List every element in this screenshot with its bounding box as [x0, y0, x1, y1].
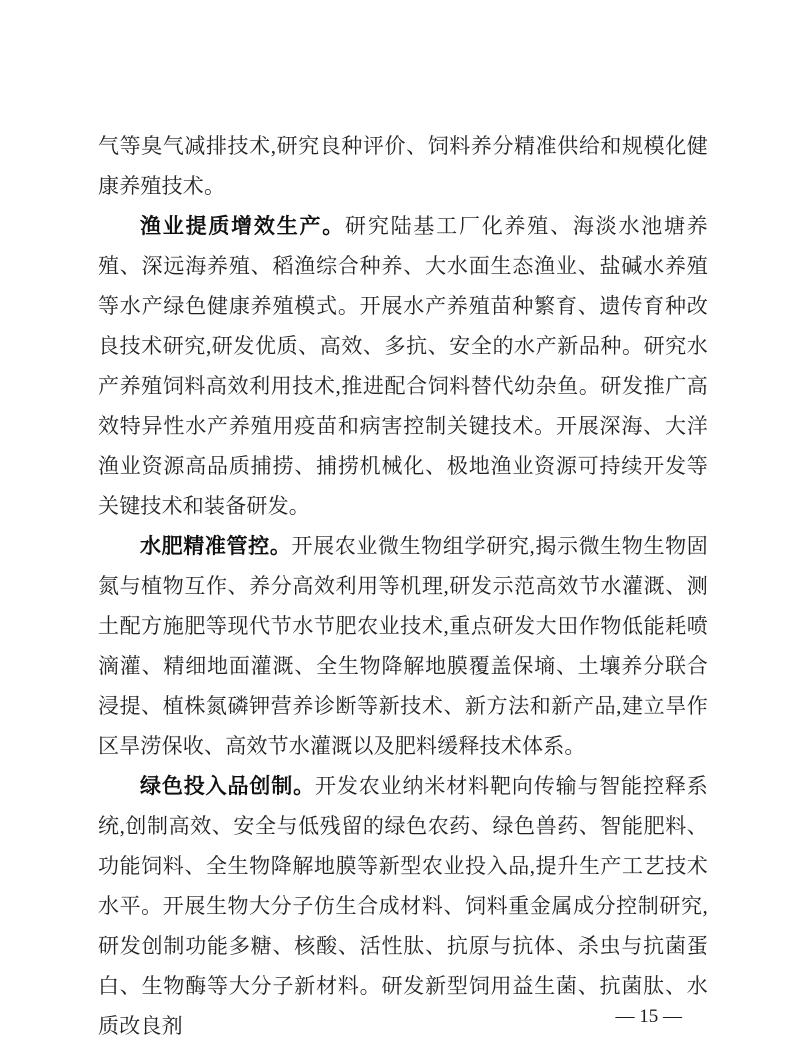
- paragraph-water-fertilizer: 水肥精准管控。开展农业微生物组学研究,揭示微生物生物固氮与植物互作、养分高效利用…: [98, 526, 708, 766]
- page-number: — 15 —: [616, 1006, 683, 1027]
- paragraph-text: 开展农业微生物组学研究,揭示微生物生物固氮与植物互作、养分高效利用等机理,研发示…: [98, 534, 708, 758]
- paragraph-heading: 渔业提质增效生产。: [140, 214, 345, 238]
- paragraph-text: 开发农业纳米材料靶向传输与智能控释系统,创制高效、安全与低残留的绿色农药、绿色兽…: [98, 774, 708, 1038]
- paragraph-fishery: 渔业提质增效生产。研究陆基工厂化养殖、海淡水池塘养殖、深远海养殖、稻渔综合种养、…: [98, 206, 708, 526]
- paragraph-heading: 绿色投入品创制。: [140, 774, 315, 798]
- document-page: 气等臭气减排技术,研究良种评价、饲料养分精准供给和规模化健康养殖技术。 渔业提质…: [0, 0, 794, 1058]
- paragraph-continuation: 气等臭气减排技术,研究良种评价、饲料养分精准供给和规模化健康养殖技术。: [98, 126, 708, 206]
- page-footer: — 15 —: [98, 1002, 708, 1032]
- paragraph-text: 气等臭气减排技术,研究良种评价、饲料养分精准供给和规模化健康养殖技术。: [98, 134, 708, 198]
- paragraph-text: 研究陆基工厂化养殖、海淡水池塘养殖、深远海养殖、稻渔综合种养、大水面生态渔业、盐…: [98, 214, 708, 518]
- document-body: 气等臭气减排技术,研究良种评价、饲料养分精准供给和规模化健康养殖技术。 渔业提质…: [98, 126, 708, 1046]
- paragraph-heading: 水肥精准管控。: [140, 534, 291, 558]
